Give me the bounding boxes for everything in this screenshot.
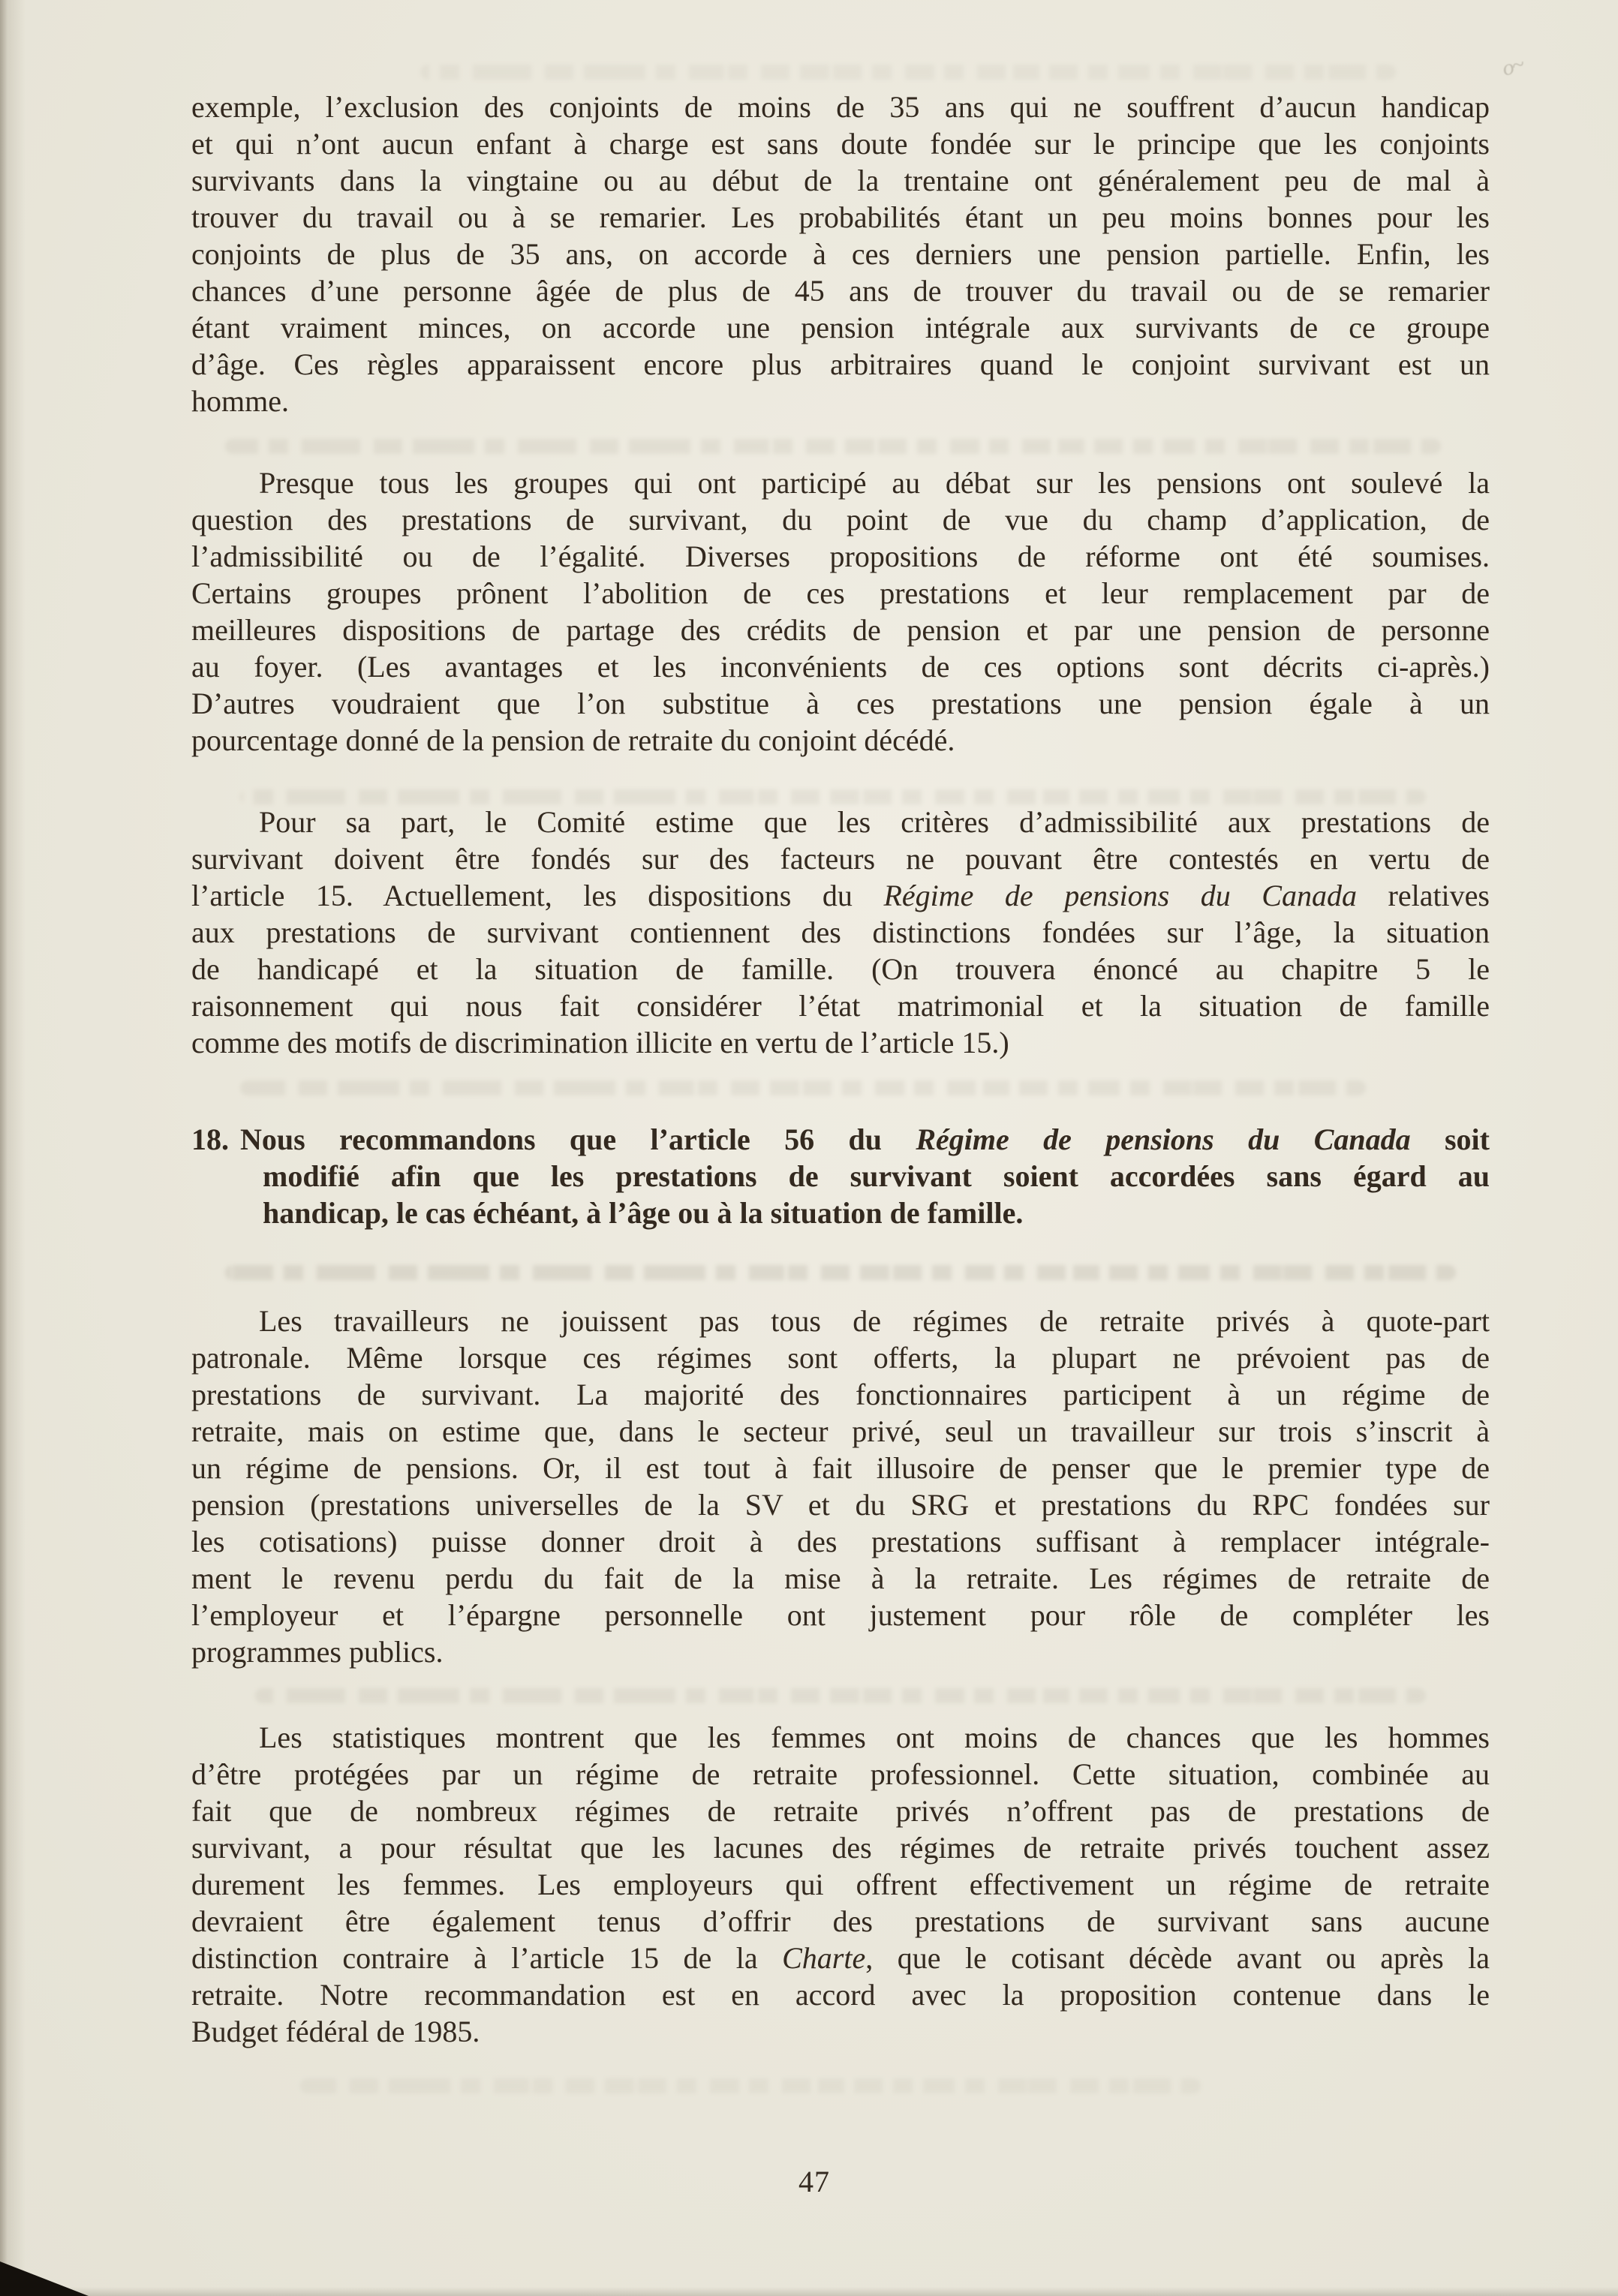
recommendation-18-line-3: handicap, le cas échéant, à l’âge ou à l…	[263, 1195, 1490, 1231]
paragraph-6-line-2: d’être protégées par un régime de retrai…	[191, 1756, 1490, 1793]
scanned-page: o~ exemple, l’exclusion des conjoints de…	[0, 0, 1618, 2296]
scanner-corner-artifact	[0, 2261, 89, 2296]
paragraph-1-line-5: conjoints de plus de 35 ans, on accorde …	[191, 236, 1490, 272]
paragraph-5-line-5: un régime de pensions. Or, il est tout à…	[191, 1450, 1490, 1486]
paragraph-2: Presque tous les groupes qui ont partici…	[191, 464, 1490, 759]
paragraph-5-line-3: prestations de survivant. La majorité de…	[191, 1376, 1490, 1413]
paragraph-2-line-2: question des prestations de survivant, d…	[191, 501, 1490, 538]
paragraph-2-line-6: au foyer. (Les avantages et les inconvén…	[191, 648, 1490, 685]
recommendation-18-line-1: Nous recommandons que l’article 56 du Ré…	[263, 1121, 1490, 1158]
pencil-annotation: o~	[1500, 53, 1526, 80]
paragraph-6-line-7: distinction contraire à l’article 15 de …	[191, 1940, 1490, 1976]
paragraph-1: exemple, l’exclusion des conjoints de mo…	[191, 89, 1490, 419]
paragraph-2-line-5: meilleures dispositions de partage des c…	[191, 612, 1490, 648]
paragraph-5: Les travailleurs ne jouissent pas tous d…	[191, 1303, 1490, 1670]
paragraph-2-line-7: D’autres voudraient que l’on substitue à…	[191, 685, 1490, 722]
page-edge-shadow	[0, 0, 26, 2296]
paragraph-5-line-9: l’employeur et l’épargne personnelle ont…	[191, 1597, 1490, 1633]
page-number: 47	[165, 2167, 1463, 2197]
paragraph-6: Les statistiques montrent que les femmes…	[191, 1719, 1490, 2050]
paragraph-6-line-9: Budget fédéral de 1985.	[191, 2013, 1490, 2050]
paragraph-6-line-6: devraient être également tenus d’offrir …	[191, 1903, 1490, 1940]
recommendation-number: 18.	[191, 1121, 229, 1158]
paragraph-1-line-4: trouver du travail ou à se remarier. Les…	[191, 199, 1490, 236]
page-bottom-shadow	[0, 2287, 1618, 2296]
recommendation-18-line-2: modifié afin que les prestations de surv…	[263, 1158, 1490, 1195]
paragraph-2-line-4: Certains groupes prônent l’abolition de …	[191, 575, 1490, 612]
paragraph-5-line-1: Les travailleurs ne jouissent pas tous d…	[191, 1303, 1490, 1339]
paragraph-1-line-8: d’âge. Ces règles apparaissent encore pl…	[191, 346, 1490, 383]
page-text: exemple, l’exclusion des conjoints de mo…	[191, 89, 1490, 2050]
paragraph-6-line-8: retraite. Notre recommandation est en ac…	[191, 1976, 1490, 2013]
paragraph-5-line-4: retraite, mais on estime que, dans le se…	[191, 1413, 1490, 1450]
paragraph-3-line-3: l’article 15. Actuellement, les disposit…	[191, 877, 1490, 914]
paragraph-5-line-8: ment le revenu perdu du fait de la mise …	[191, 1560, 1490, 1597]
paragraph-5-line-7: les cotisations) puisse donner droit à d…	[191, 1523, 1490, 1560]
paragraph-6-line-1: Les statistiques montrent que les femmes…	[191, 1719, 1490, 1756]
paragraph-5-line-2: patronale. Même lorsque ces régimes sont…	[191, 1339, 1490, 1376]
paragraph-3-line-1: Pour sa part, le Comité estime que les c…	[191, 804, 1490, 840]
paragraph-1-line-9: homme.	[191, 383, 1490, 419]
paragraph-1-line-2: et qui n’ont aucun enfant à charge est s…	[191, 125, 1490, 162]
paragraph-5-line-10: programmes publics.	[191, 1633, 1490, 1670]
paragraph-1-line-3: survivants dans la vingtaine ou au début…	[191, 162, 1490, 199]
paragraph-3-line-7: comme des motifs de discrimination illic…	[191, 1024, 1490, 1061]
paragraph-3-line-6: raisonnement qui nous fait considérer l’…	[191, 987, 1490, 1024]
recommendation-18: 18.Nous recommandons que l’article 56 du…	[263, 1121, 1490, 1231]
paragraph-2-line-8: pourcentage donné de la pension de retra…	[191, 722, 1490, 759]
paragraph-6-line-3: fait que de nombreux régimes de retraite…	[191, 1793, 1490, 1829]
paragraph-6-line-5: durement les femmes. Les employeurs qui …	[191, 1866, 1490, 1903]
paragraph-1-line-1: exemple, l’exclusion des conjoints de mo…	[191, 89, 1490, 125]
paragraph-3-line-4: aux prestations de survivant contiennent…	[191, 914, 1490, 951]
paragraph-2-line-3: l’admissibilité ou de l’égalité. Diverse…	[191, 538, 1490, 575]
paragraph-6-line-4: survivant, a pour résultat que les lacun…	[191, 1829, 1490, 1866]
bleedthrough-artifact	[300, 2078, 1201, 2093]
paragraph-1-line-7: étant vraiment minces, on accorde une pe…	[191, 309, 1490, 346]
paragraph-3-line-2: survivant doivent être fondés sur des fa…	[191, 840, 1490, 877]
paragraph-1-line-6: chances d’une personne âgée de plus de 4…	[191, 272, 1490, 309]
paragraph-5-line-6: pension (prestations universelles de la …	[191, 1486, 1490, 1523]
bleedthrough-artifact	[420, 65, 1396, 80]
paragraph-3: Pour sa part, le Comité estime que les c…	[191, 804, 1490, 1061]
paragraph-2-line-1: Presque tous les groupes qui ont partici…	[191, 464, 1490, 501]
paragraph-3-line-5: de handicapé et la situation de famille.…	[191, 951, 1490, 987]
